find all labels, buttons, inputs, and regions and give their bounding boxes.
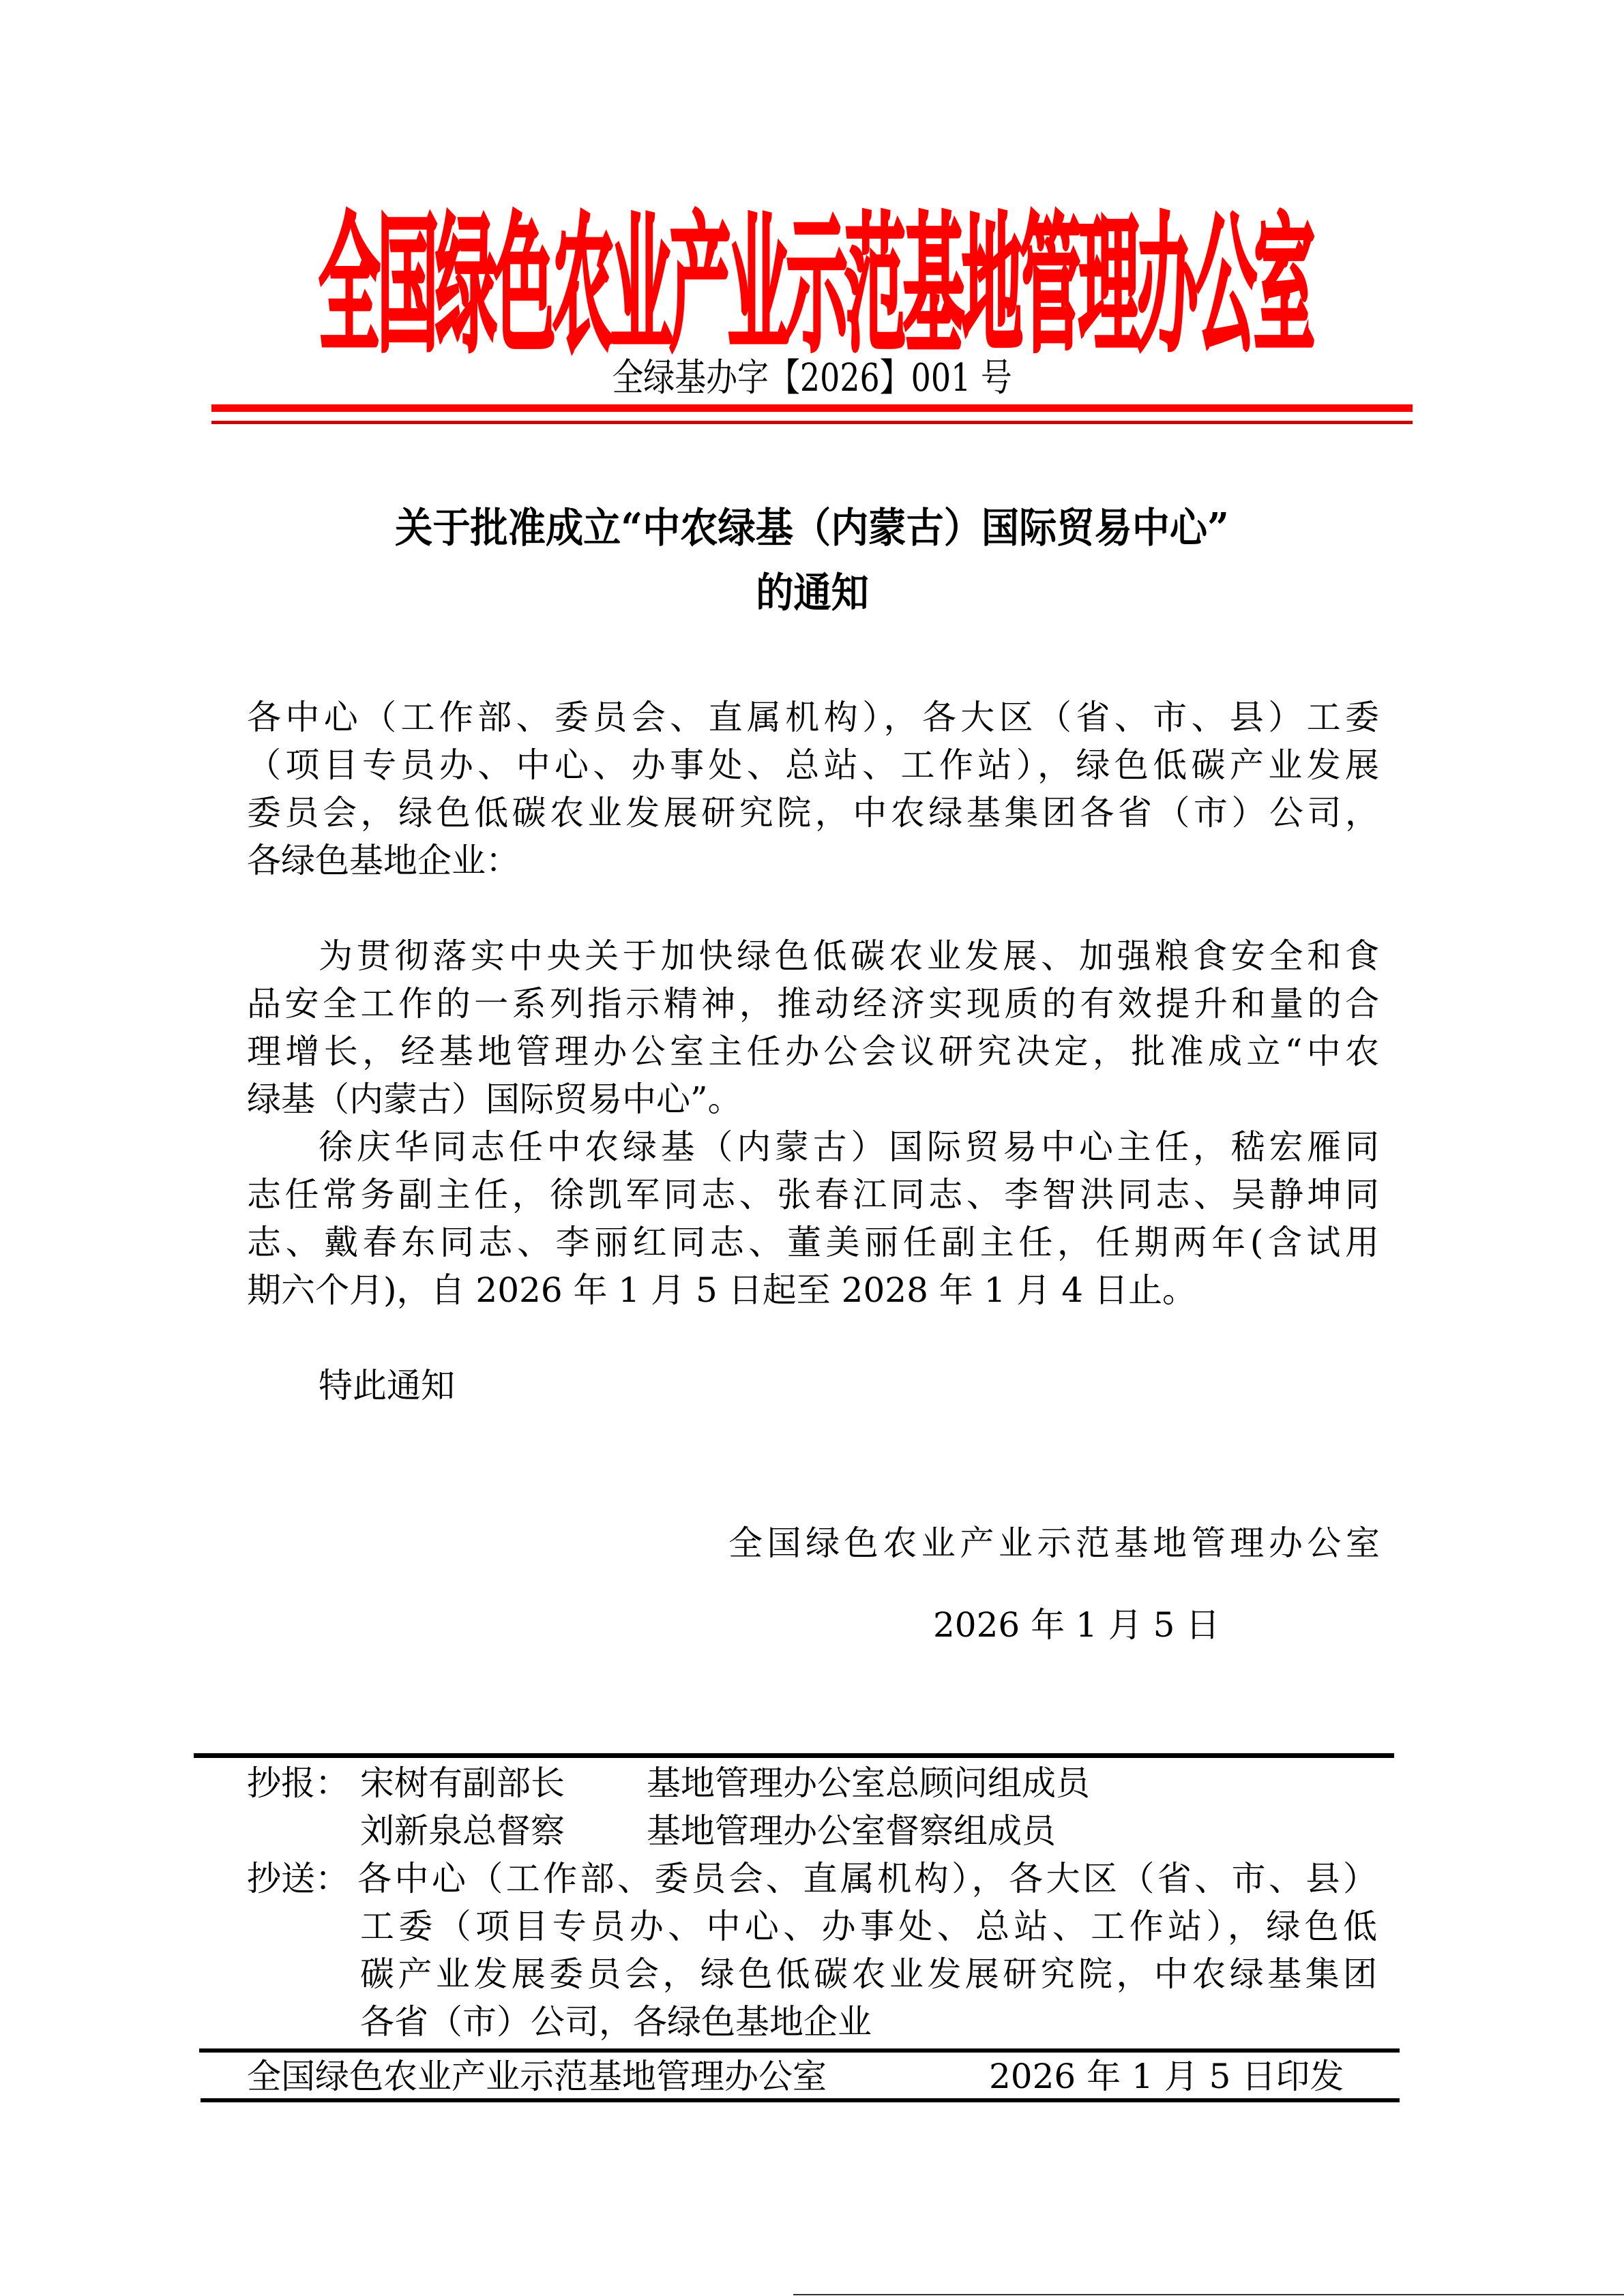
paragraph-1-line: 品安全工作的一系列指示精神，推动经济实现质的有效提升和量的合 [247, 980, 1379, 1028]
printed-date: 2026 年 1 月 5 日印发 [989, 2053, 1344, 2100]
cc-report-label: 抄报： [247, 1759, 349, 1807]
signature-organization: 全国绿色农业产业示范基地管理办公室 [728, 1519, 1380, 1567]
cc-report-role: 基地管理办公室总顾问组成员 [647, 1759, 1090, 1807]
paragraph-2-line: 志、戴春东同志、李丽红同志、董美丽任副主任，任期两年(含试用 [247, 1219, 1379, 1266]
cc-send-line: 碳产业发展委员会，绿色低碳农业发展研究院，中农绿基集团 [360, 1950, 1377, 1998]
paragraph-1-line: 为贯彻落实中央关于加快绿色低碳农业发展、加强粮食安全和食 [319, 932, 1379, 980]
salutation-line: （项目专员办、中心、办事处、总站、工作站），绿色低碳产业发展 [247, 741, 1379, 789]
title-text-1: 关于批准成立“中农绿基（内蒙古）国际贸易中心” [395, 501, 1229, 556]
letterhead-org-name: 全国绿色农业产业示范基地管理办公室 [225, 184, 1405, 361]
paragraph-2-line: 徐庆华同志任中农绿基（内蒙古）国际贸易中心主任，嵇宏雁同 [319, 1123, 1379, 1171]
paragraph-2-line: 志任常务副主任，徐凯军同志、张春江同志、李智洪同志、吴静坤同 [247, 1171, 1379, 1219]
closing-phrase: 特此通知 [319, 1362, 455, 1410]
title-text-2: 的通知 [756, 566, 869, 621]
page-edge-line [793, 2294, 1624, 2295]
paragraph-1-line: 理增长，经基地管理办公室主任办公会议研究决定，批准成立“中农 [247, 1028, 1379, 1075]
signature-date: 2026 年 1 月 5 日 [933, 1601, 1220, 1649]
paragraph-1-line: 绿基（内蒙古）国际贸易中心”。 [247, 1075, 1379, 1123]
salutation-line: 委员会，绿色低碳农业发展研究院，中农绿基集团各省（市）公司， [247, 789, 1379, 837]
salutation-line: 各中心（工作部、委员会、直属机构），各大区（省、市、县）工委 [247, 694, 1379, 741]
document-number: 全绿基办字【2026】001 号 [0, 355, 1624, 402]
document-number-text: 全绿基办字【2026】001 号 [612, 355, 1012, 402]
red-divider-thin [211, 421, 1413, 424]
paragraph-2-line: 期六个月)，自 2026 年 1 月 5 日起至 2028 年 1 月 4 日止… [247, 1266, 1379, 1314]
cc-report-name: 刘新泉总督察 [360, 1807, 565, 1855]
cc-top-rule [194, 1753, 1394, 1758]
cc-send-line: 工委（项目专员办、中心、办事处、总站、工作站），绿色低 [360, 1903, 1377, 1950]
cc-report-name: 宋树有副部长 [360, 1759, 565, 1807]
salutation-line: 各绿色基地企业： [247, 837, 1379, 884]
letterhead-text: 全国绿色农业产业示范基地管理办公室 [319, 166, 1312, 381]
cc-bottom-rule [201, 2098, 1400, 2102]
cc-report-role: 基地管理办公室督察组成员 [647, 1807, 1056, 1855]
cc-send-label: 抄送： [247, 1855, 349, 1903]
printed-by-organization: 全国绿色农业产业示范基地管理办公室 [247, 2053, 827, 2100]
cc-send-line: 各中心（工作部、委员会、直属机构），各大区（省、市、县） [357, 1855, 1377, 1903]
document-title-line-2: 的通知 [0, 566, 1624, 621]
cc-send-line: 各省（市）公司，各绿色基地企业 [360, 1998, 872, 2046]
document-title-line-1: 关于批准成立“中农绿基（内蒙古）国际贸易中心” [0, 501, 1624, 556]
red-divider-thick [211, 404, 1413, 412]
